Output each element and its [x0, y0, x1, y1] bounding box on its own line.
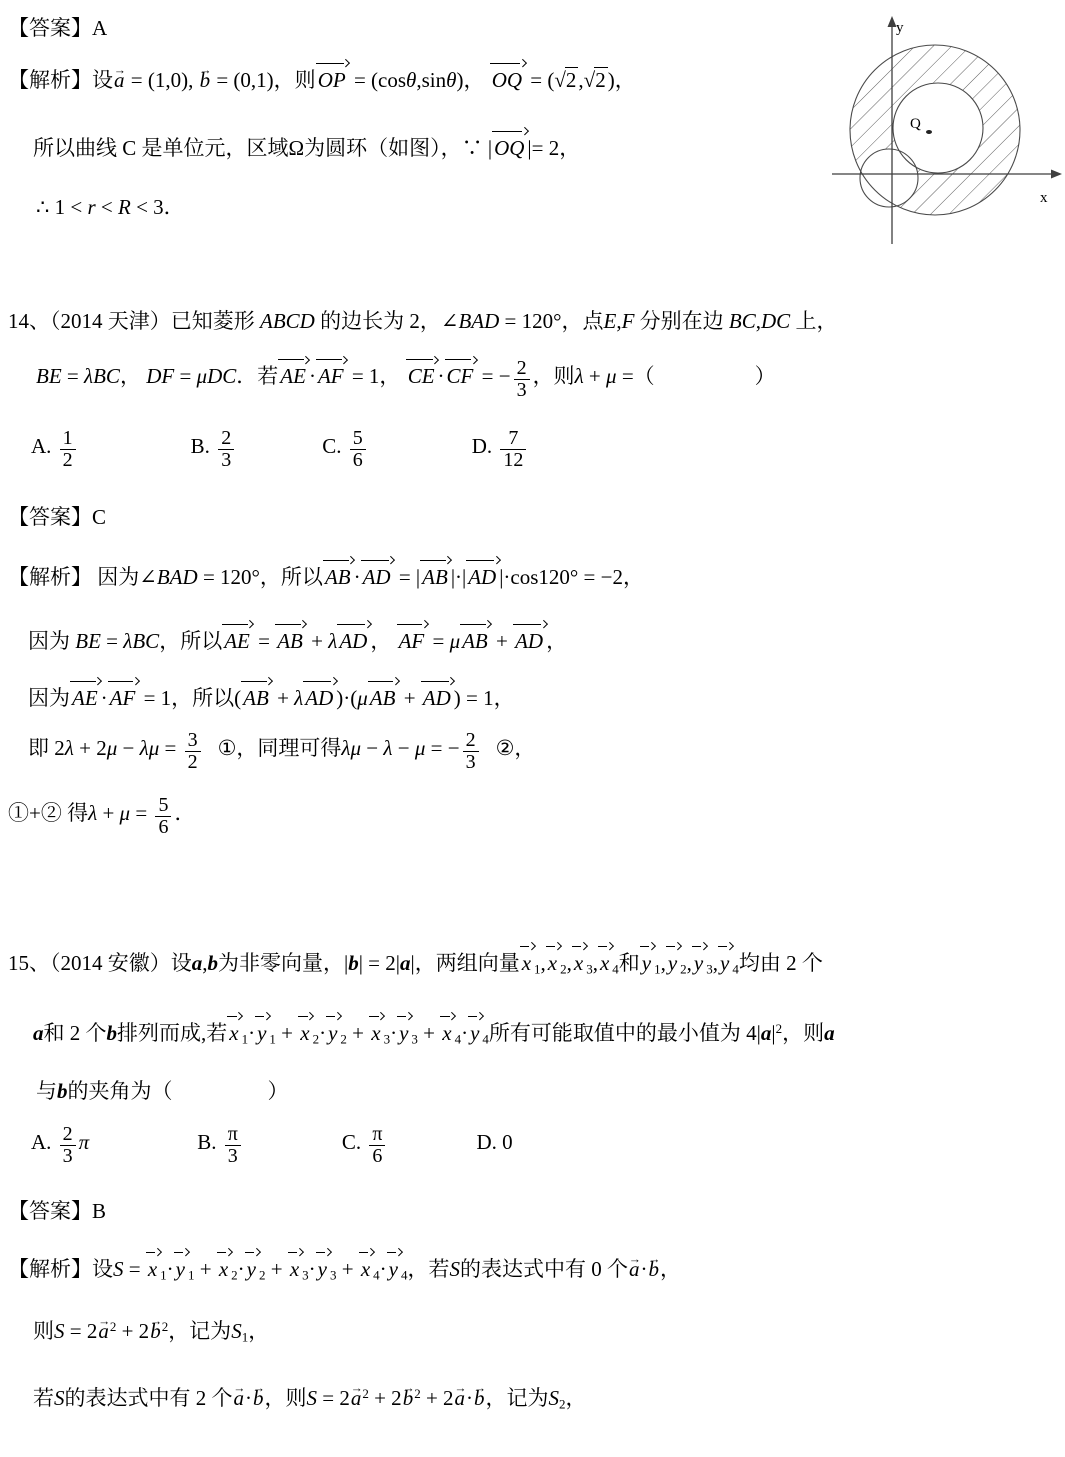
x-axis-arrowhead — [1051, 170, 1062, 179]
y-axis-label: y — [896, 20, 904, 36]
problem-14-line-1: 14、（2014 天津）已知菱形 ABCD 的边长为 2，∠BAD = 120°… — [8, 306, 837, 336]
math-worksheet-page: 【答案】A【解析】设a = (1,0), b = (0,1)，则OP = (co… — [0, 0, 1065, 1457]
solution-15-line-2: 则S = 2a2 + 2b2，记为S1， — [33, 1316, 269, 1346]
solution-13-line-3: ∴ 1 < r < R < 3． — [36, 192, 185, 222]
x-axis-label: x — [1040, 190, 1048, 206]
solution-13-line-1: 【解析】设a = (1,0), b = (0,1)，则OP = (cosθ,si… — [8, 65, 636, 95]
solution-15-line-1: 【解析】设S = x1·y1 + x2·y2 + x3·y3 + x4·y4，若… — [8, 1254, 681, 1284]
answer-15: 【答案】B — [8, 1196, 106, 1226]
solution-13-line-2: 所以曲线 C 是单位元，区域Ω为圆环（如图），∵ |OQ|= 2， — [33, 133, 580, 163]
solution-14-line-2: 因为 BE = λBC，所以AE = AB + λAD， AF = μAB + … — [28, 626, 567, 656]
answer-13: 【答案】A — [8, 13, 107, 43]
solution-15-line-3: 若S的表达式中有 2 个a·b，则S = 2a2 + 2b2 + 2a·b，记为… — [33, 1383, 587, 1413]
solution-14-line-3: 因为AE·AF = 1，所以(AB + λAD)·(μAB + AD) = 1， — [28, 683, 515, 713]
annulus-figure-svg: y x Q — [826, 6, 1065, 254]
options-15: A. 23πB. π3C. π6D. 0 — [31, 1124, 513, 1167]
problem-15-line-1: 15、（2014 安徽）设a,b为非零向量，|b| = 2|a|，两组向量x1,… — [8, 948, 823, 978]
annulus-figure: y x Q — [826, 6, 1065, 254]
hatched-annulus-region — [850, 45, 1020, 215]
problem-14-line-2: BE = λBC， DF = μDC．若AE·AF = 1， CE·CF = −… — [36, 358, 776, 401]
solution-14-line-1: 【解析】 因为∠BAD = 120°，所以AB·AD = |AB|·|AD|·c… — [8, 562, 644, 592]
options-14: A. 12B. 23C. 56D. 712 — [31, 428, 529, 471]
point-q-label: Q — [910, 116, 921, 132]
answer-14: 【答案】C — [8, 502, 106, 532]
problem-15-line-2: a和 2 个b排列而成,若x1·y1 + x2·y2 + x3·y3 + x4·… — [33, 1018, 835, 1048]
solution-14-line-4: 即 2λ + 2μ − λμ = 32①，同理可得λμ − λ − μ = −2… — [28, 730, 535, 773]
solution-14-line-5: ①+② 得λ + μ = 56． — [8, 795, 195, 838]
problem-15-line-3: 与b的夹角为（） — [36, 1076, 289, 1106]
point-q-dot — [926, 130, 932, 134]
